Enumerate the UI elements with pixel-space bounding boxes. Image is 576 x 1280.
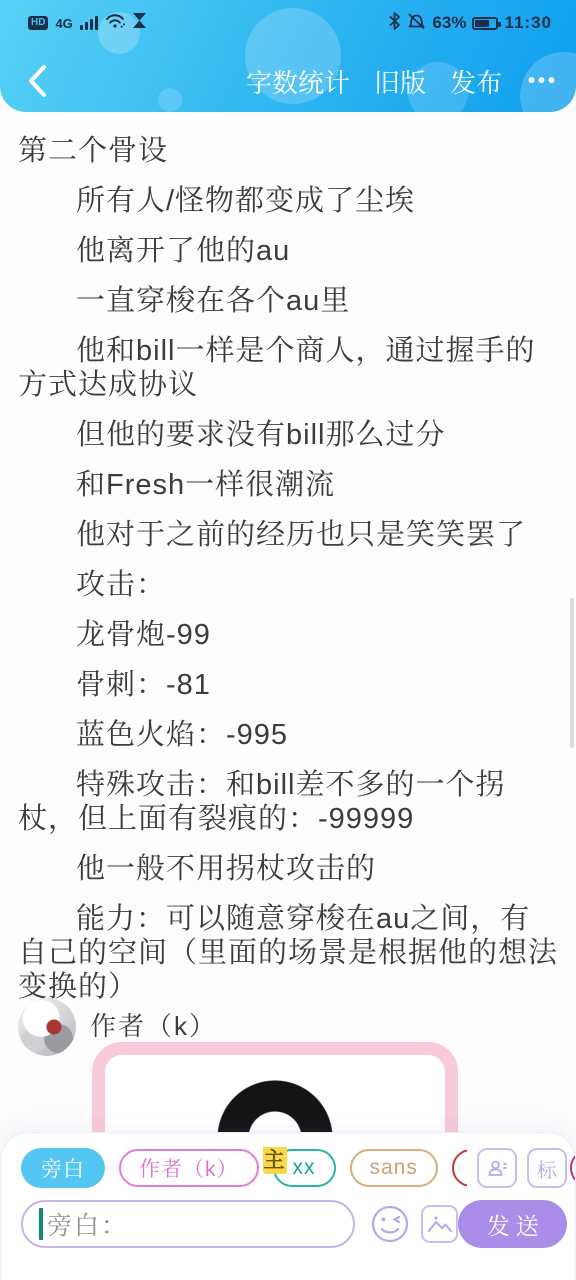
character-tag-作者（k）[interactable]: 作者（k） [119, 1149, 259, 1187]
text-cursor [39, 1208, 43, 1240]
app-header: HD 4G [0, 0, 576, 112]
emoji-button[interactable] [369, 1203, 411, 1245]
paragraph[interactable]: 蓝色火焰：-995 [18, 718, 558, 752]
character-tag-sans[interactable]: sans [350, 1149, 438, 1187]
scrollbar[interactable] [570, 598, 574, 748]
more-options-button[interactable]: ••• [526, 70, 558, 93]
character-tag-f[interactable]: f [570, 1149, 575, 1187]
character-tag-xx[interactable]: xx主 [273, 1149, 336, 1187]
publish-button[interactable]: 发布 [450, 63, 502, 100]
paragraph[interactable]: 他一般不用拐杖攻击的 [18, 852, 558, 886]
paragraph[interactable]: 骨刺：-81 [18, 668, 558, 702]
paragraph[interactable]: 一直穿梭在各个au里 [18, 284, 558, 318]
paragraph[interactable]: 他离开了他的au [18, 234, 558, 268]
label-tool-icon[interactable]: 标 [527, 1148, 567, 1188]
primary-badge: 主 [263, 1147, 287, 1174]
hd-badge: HD [28, 16, 48, 30]
paragraph[interactable]: 所有人/怪物都变成了尘埃 [18, 184, 558, 218]
status-bar: HD 4G [28, 8, 552, 38]
alarm-muted-icon [407, 12, 426, 35]
paragraph[interactable]: 第二个骨设 [18, 134, 558, 168]
nav-row: 字数统计 旧版 发布 ••• [20, 58, 558, 104]
signal-bars-icon [80, 16, 98, 30]
hourglass-icon [132, 12, 147, 34]
message-input[interactable]: 旁白： [21, 1200, 355, 1248]
author-name-label: 作者（k） [90, 1006, 217, 1043]
paragraph[interactable]: 攻击： [18, 568, 558, 602]
screen: HD 4G [0, 0, 576, 1280]
clock-label: 11:30 [504, 13, 552, 33]
tag-label: 作者（k） [139, 1153, 239, 1183]
image-upload-button[interactable] [421, 1205, 459, 1243]
paragraph[interactable]: 和Fresh一样很潮流 [18, 468, 558, 502]
label-tool-glyph: 标 [537, 1154, 557, 1183]
word-count-button[interactable]: 字数统计 [246, 63, 350, 100]
battery-percent-label: 63% [432, 13, 466, 33]
paragraph[interactable]: 但他的要求没有bill那么过分 [18, 418, 558, 452]
send-button[interactable]: 发送 [458, 1200, 567, 1248]
nav-menu: 字数统计 旧版 发布 ••• [246, 63, 558, 100]
paragraph[interactable]: 他对于之前的经历也只是笑笑罢了 [18, 518, 558, 552]
wifi-icon [105, 12, 125, 34]
paragraph[interactable]: 能力：可以随意穿梭在au之间，有自己的空间（里面的场景是根据他的想法变换的） [18, 902, 558, 1004]
paragraph[interactable]: 特殊攻击：和bill差不多的一个拐杖，但上面有裂痕的：-99999 [18, 768, 558, 836]
network-type-label: 4G [55, 17, 72, 30]
character-tag-旁白[interactable]: 旁白 [21, 1148, 105, 1188]
tag-label: 旁白 [41, 1153, 85, 1183]
bluetooth-icon [388, 12, 401, 35]
tag-label: xx [293, 1156, 316, 1180]
note-content[interactable]: 第二个骨设所有人/怪物都变成了尘埃他离开了他的au一直穿梭在各个au里他和bil… [18, 112, 558, 1020]
tag-label: sans [370, 1156, 418, 1180]
character-manager-icon[interactable] [477, 1148, 517, 1188]
input-placeholder: 旁白： [47, 1206, 128, 1242]
paragraph[interactable]: 他和bill一样是个商人，通过握手的方式达成协议 [18, 334, 558, 402]
old-version-button[interactable]: 旧版 [374, 63, 426, 100]
back-button[interactable] [20, 64, 54, 98]
paragraph[interactable]: 龙骨炮-99 [18, 618, 558, 652]
author-avatar[interactable] [18, 998, 76, 1056]
battery-icon [472, 17, 498, 30]
composer-panel: 旁白作者（k）xx主sansdreamf 标 旁白： [0, 1132, 576, 1280]
composer-input-row: 旁白： 发送 [21, 1199, 567, 1249]
icon-dock: 标 [467, 1141, 567, 1195]
